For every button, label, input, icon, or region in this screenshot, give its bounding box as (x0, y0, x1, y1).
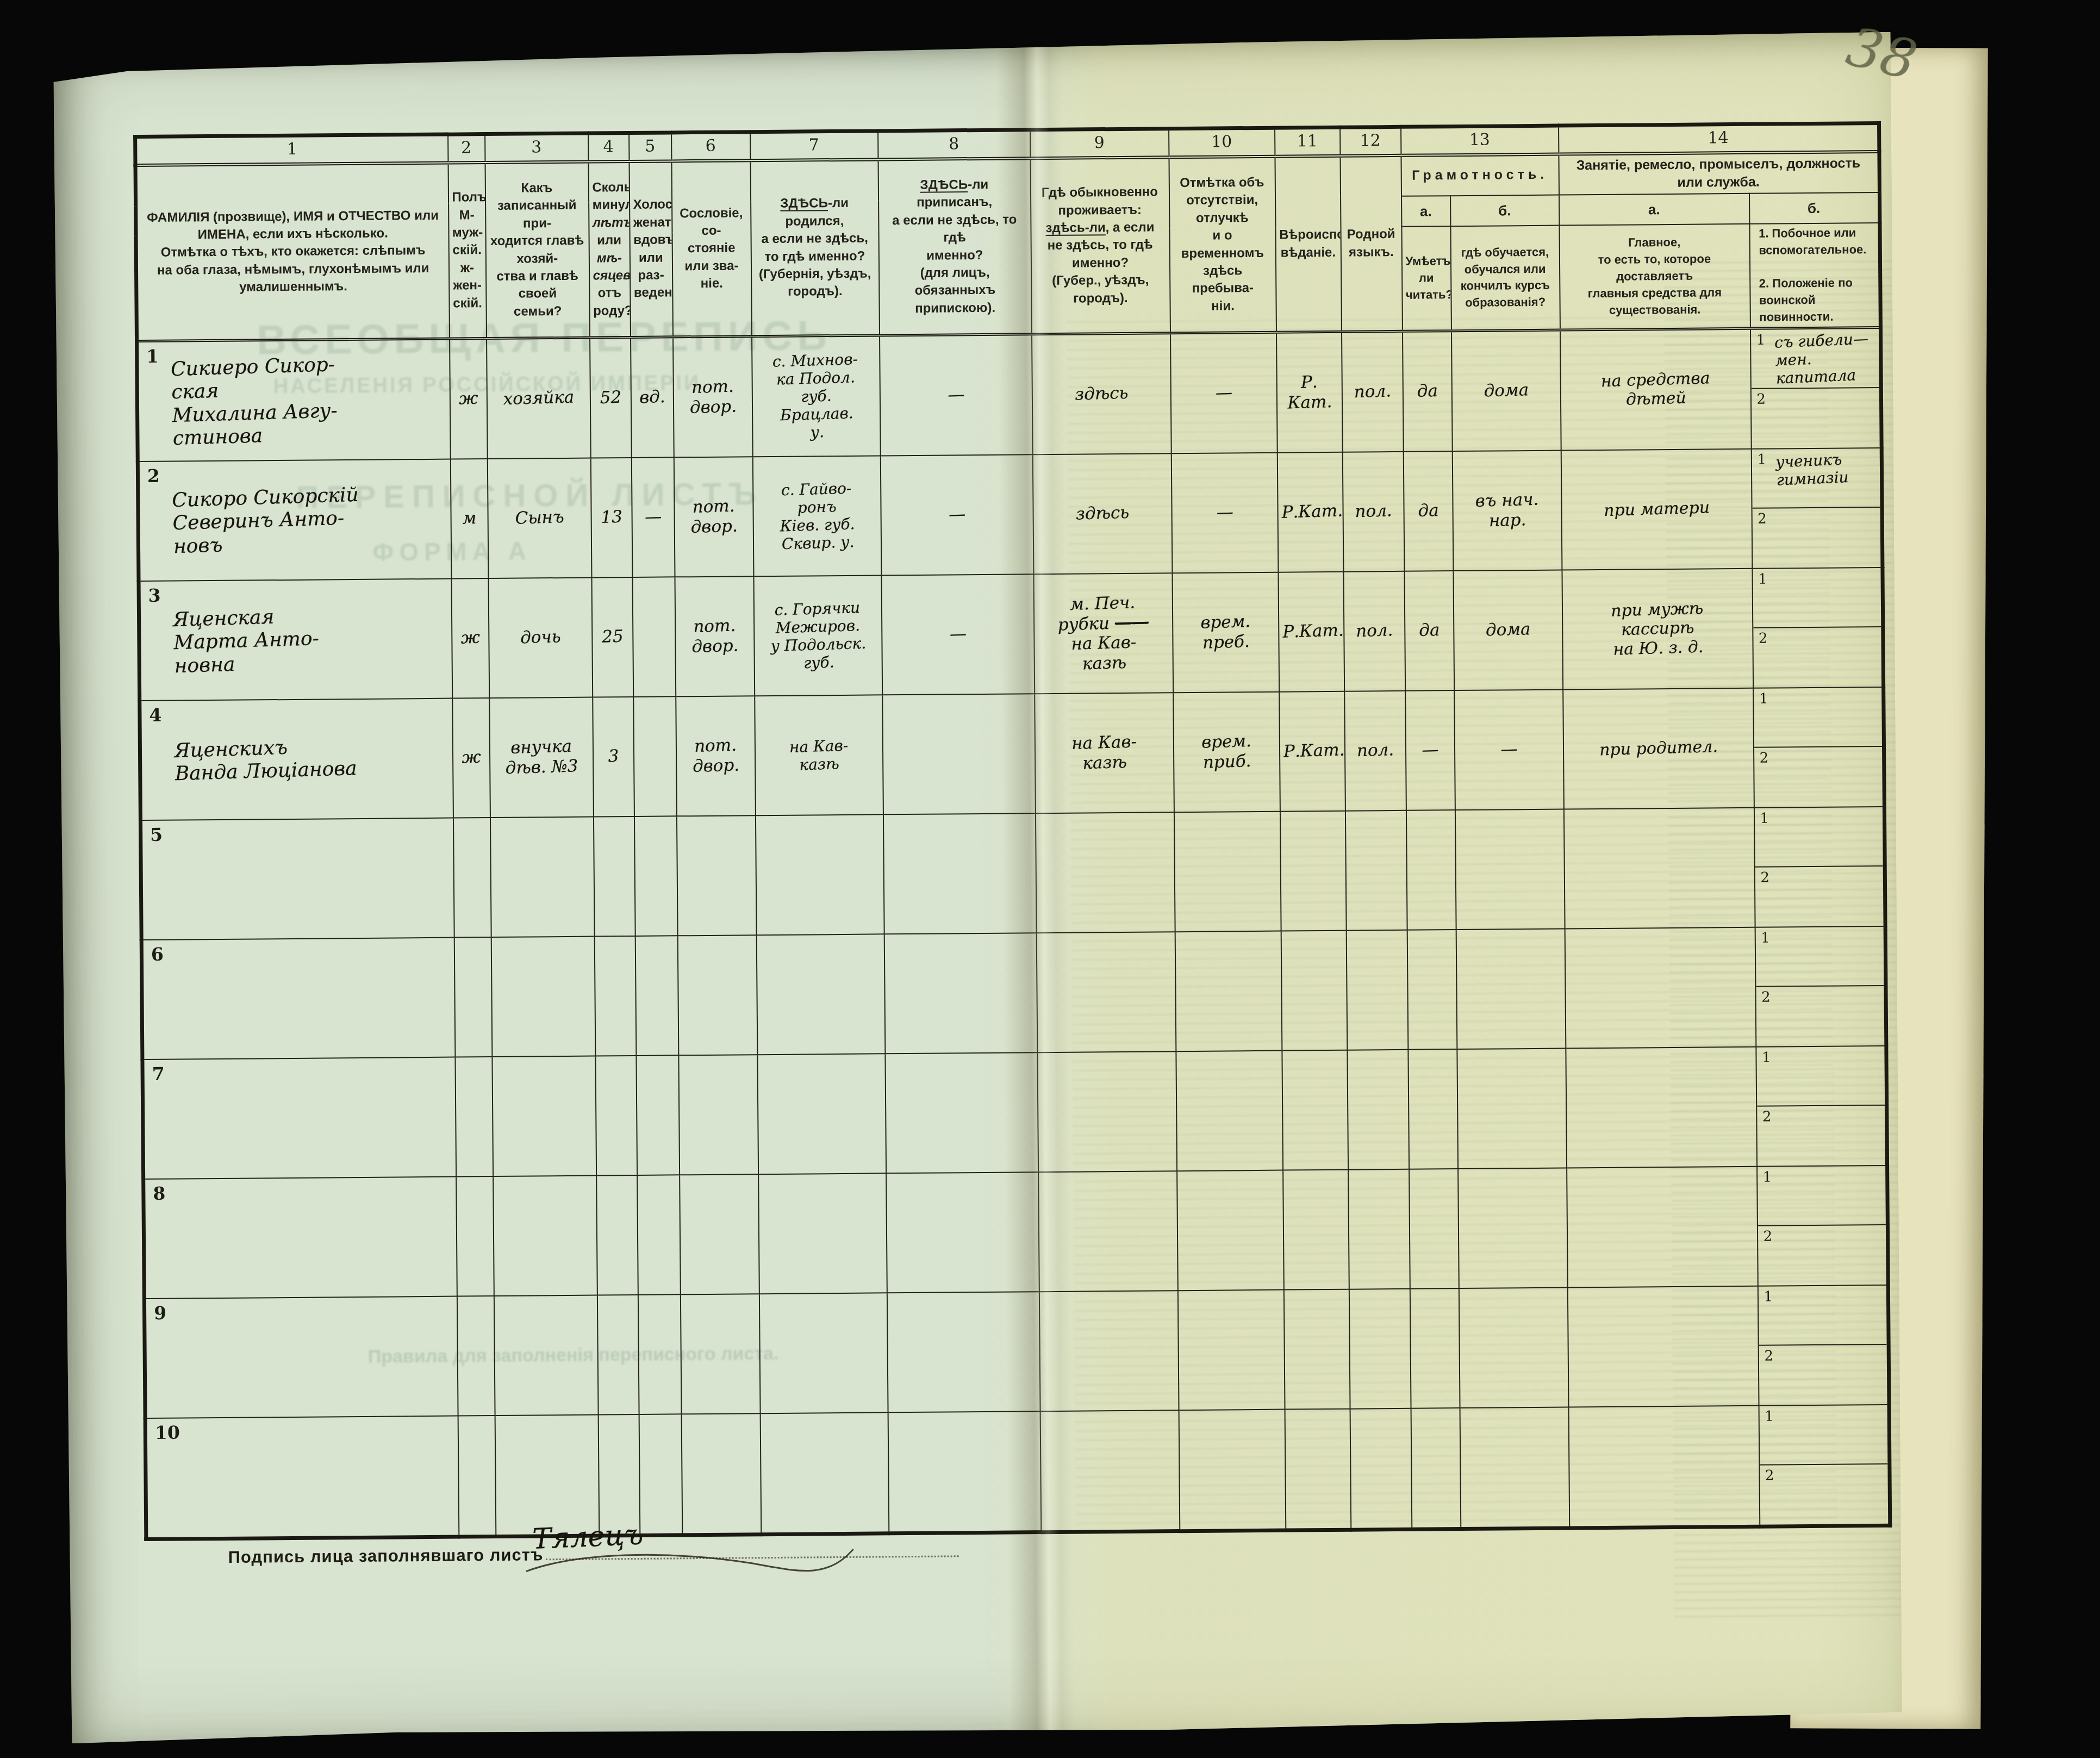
handwritten-entry (602, 1474, 635, 1475)
occupation-b-subrow-1: 1 (1754, 688, 1882, 748)
handwritten-entry (1459, 868, 1560, 871)
handwritten-entry (1569, 985, 1752, 990)
cell-language: пол. (1344, 691, 1406, 811)
handwritten-entry (641, 1234, 676, 1235)
cell-lit-b (1458, 1168, 1568, 1288)
cell-name: 4Яценскихъ Ванда Люціанова (140, 698, 453, 820)
col-number-4: 4 (588, 133, 629, 162)
handwritten-entry: пот. двор. (677, 496, 750, 538)
handwritten-entry (1285, 989, 1343, 991)
cell-lit-b (1456, 928, 1566, 1049)
cell-lit-a: — (1405, 690, 1455, 811)
handwritten-entry: при родител. (1567, 736, 1750, 761)
cell-occ-b: 12 (1754, 807, 1885, 927)
page-fold-shadow (996, 39, 1075, 1736)
handwritten-entry: 52 (594, 388, 627, 408)
cell-age (595, 1056, 637, 1176)
handwritten-entry (1462, 1226, 1563, 1230)
handwritten-entry: внучка дѣв. №3 (493, 736, 590, 778)
handwritten-entry: пол. (1347, 501, 1400, 522)
handwritten-entry (638, 875, 673, 876)
col-number-14: 14 (1559, 123, 1879, 154)
cell-born: с. Михнов- ка Подол. губ. Брацлав. у. (752, 335, 881, 457)
handwritten-entry: врем. приб. (1176, 731, 1276, 774)
col-header-language: Родной языкъ. (1340, 155, 1403, 332)
handwritten-entry (683, 1114, 754, 1116)
handwritten-entry (637, 636, 671, 637)
cell-name: 10 (145, 1416, 459, 1539)
handwritten-entry (643, 1473, 678, 1474)
handwritten-entry: пол. (1348, 740, 1402, 762)
handwritten-entry (457, 877, 487, 878)
subrow-number: 2 (1764, 1348, 1773, 1364)
cell-occ-a (1566, 1047, 1757, 1168)
col-header-sex: Полъ. М-муж- скій. ж-жен- скій. (448, 163, 487, 339)
cell-marital (635, 936, 678, 1056)
handwritten-entry (1778, 688, 1877, 693)
subrow-number: 2 (1760, 869, 1769, 886)
handwritten-entry (1289, 1468, 1347, 1469)
subrow-number: 2 (1756, 391, 1766, 407)
cell-sex (455, 1057, 493, 1177)
cell-language (1350, 1408, 1412, 1530)
cell-born (760, 1412, 889, 1534)
col-number-1: 1 (135, 134, 448, 165)
subrow-number: 1 (1763, 1288, 1773, 1305)
handwritten-entry (1571, 1224, 1754, 1230)
cell-absence: врем. преб. (1172, 572, 1279, 693)
cell-occ-a (1565, 927, 1756, 1049)
occupation-b-subrow-1: 1ученикъ гимназіи (1752, 448, 1880, 509)
cell-language: пол. (1341, 331, 1403, 452)
cell-occ-b: 12 (1758, 1285, 1889, 1406)
cell-lit-a (1409, 1169, 1459, 1289)
cell-estate (680, 1174, 759, 1294)
cell-born (759, 1293, 888, 1413)
cell-sex: м (450, 459, 488, 579)
cell-estate (681, 1413, 761, 1535)
cell-lit-b (1457, 1048, 1567, 1169)
cell-occ-a (1567, 1286, 1759, 1407)
cell-sex: ж (452, 698, 490, 818)
cell-sex: ж (450, 338, 488, 459)
occupation-b-subrow-2: 2 (1755, 866, 1883, 927)
row-number: 5 (150, 824, 163, 845)
cell-language (1348, 1169, 1410, 1289)
handwritten-entry (1777, 569, 1876, 573)
cell-relation: дочь (488, 577, 593, 697)
subrow-number: 2 (1758, 510, 1767, 527)
row-number: 8 (153, 1183, 165, 1204)
cell-language (1347, 1050, 1409, 1170)
handwritten-entry (764, 1471, 884, 1475)
cell-estate: пот. двор. (675, 576, 755, 696)
handwritten-entry (1178, 870, 1276, 873)
cell-born (755, 814, 884, 935)
handwritten-entry (1784, 1465, 1883, 1469)
handwritten-entry (1782, 1226, 1881, 1230)
handwritten-entry (1570, 1105, 1753, 1110)
handwritten-entry (639, 995, 674, 996)
handwritten-entry (1288, 1348, 1345, 1350)
handwritten-entry: ж (455, 628, 485, 649)
cell-occ-a (1563, 808, 1755, 929)
cell-language: пол. (1343, 571, 1405, 691)
handwritten-entry (1349, 870, 1403, 871)
cell-occ-b: 1съ гибели— мен. капитала2 (1750, 327, 1881, 448)
handwritten-name: Сикиеро Сикор- ская Михалина Авгу- стино… (170, 350, 443, 451)
handwritten-entry (1463, 1346, 1564, 1349)
handwritten-entry (1350, 989, 1404, 991)
occupation-b-subrow-1: 1съ гибели— мен. капитала (1750, 329, 1879, 389)
handwritten-entry (1572, 1344, 1754, 1349)
cell-lit-b: — (1454, 689, 1564, 810)
handwritten-entry: врем. преб. (1176, 611, 1275, 654)
cell-religion (1285, 1408, 1351, 1530)
col-number-6: 6 (671, 132, 750, 161)
handwritten-entry (1413, 1228, 1454, 1229)
col-header-relation: Какъ записанный при- ходится главѣ хозяй… (485, 161, 590, 338)
handwritten-entry: ж (456, 747, 486, 768)
handwritten-entry: м (454, 508, 484, 529)
handwritten-entry: дома (1455, 379, 1557, 402)
cell-sex (458, 1416, 496, 1537)
cell-name: 2Сикоро Сикорскій Северинъ Анто- новъ (138, 459, 451, 581)
occupation-b-subrow-2: 2 (1758, 1225, 1886, 1286)
handwritten-entry (681, 875, 752, 877)
cell-lit-b: дома (1453, 570, 1563, 690)
cell-relation: Сынъ (487, 458, 591, 578)
handwritten-entry (1412, 1108, 1454, 1109)
handwritten-entry (1182, 1348, 1280, 1351)
cell-relation: хозяйка (487, 338, 591, 459)
handwritten-name (179, 1353, 449, 1361)
cell-absence (1175, 931, 1282, 1051)
cell-estate (678, 1055, 758, 1175)
occupation-b-subrow-2: 2 (1752, 508, 1880, 568)
handwritten-entry (1779, 808, 1878, 812)
handwritten-entry: вд. (634, 387, 670, 408)
cell-estate (677, 935, 757, 1055)
handwritten-entry (1351, 1109, 1405, 1111)
handwritten-entry: при мужѣ кассирѣ на Ю. з. д. (1565, 597, 1749, 660)
cell-age: 25 (591, 577, 633, 697)
cell-absence: — (1170, 332, 1277, 453)
handwritten-entry: пот. двор. (679, 735, 751, 777)
handwritten-entry (1287, 1229, 1344, 1230)
handwritten-entry (1775, 389, 1874, 393)
cell-relation (491, 936, 595, 1056)
cell-lit-a (1406, 810, 1456, 930)
handwritten-entry (1286, 1109, 1344, 1111)
literacy-a-letter: а. (1401, 196, 1450, 227)
signature-label: Подпись лица заполнявшаго листъ (228, 1545, 543, 1567)
handwritten-entry: 3 (596, 746, 630, 767)
cell-religion (1281, 930, 1347, 1050)
literacy-b-header: гдѣ обучается, обучался или кончилъ курс… (1450, 226, 1560, 331)
cell-occ-b: 12 (1756, 1046, 1887, 1167)
handwritten-entry (1781, 1106, 1880, 1111)
occupation-b-subrow-2: 2 (1754, 747, 1883, 807)
handwritten-entry (1777, 628, 1877, 632)
handwritten-entry: с. Михнов- ка Подол. губ. Брацлав. у. (755, 350, 877, 443)
handwritten-entry: съ гибели— мен. капитала (1774, 329, 1876, 388)
cell-lit-b: въ нач. нар. (1452, 450, 1562, 571)
cell-estate: пот. двор. (676, 696, 756, 816)
handwritten-entry (1782, 1286, 1881, 1291)
cell-marital (632, 577, 676, 697)
cell-lit-a (1410, 1288, 1460, 1408)
row-number: 10 (155, 1422, 180, 1443)
subrow-number: 1 (1757, 451, 1766, 467)
subrow-number: 2 (1765, 1467, 1774, 1483)
subrow-number: 1 (1756, 332, 1766, 348)
cell-language (1349, 1289, 1411, 1409)
handwritten-entry (1179, 989, 1278, 993)
handwritten-entry (1460, 987, 1561, 990)
handwritten-entry (684, 1233, 755, 1236)
handwritten-entry: с. Гайво- ронъ Кіев. губ. Сквир. у. (756, 478, 878, 554)
cell-marital (634, 816, 677, 936)
cell-occ-a (1568, 1406, 1760, 1528)
col-header-estate: Сословіе, со- стояніе или зва- ніе. (671, 160, 752, 337)
cell-lit-a (1407, 930, 1457, 1050)
handwritten-entry (599, 995, 632, 996)
cell-estate (680, 1294, 760, 1414)
cell-name: 7 (142, 1057, 456, 1179)
occupation-b-subrow-1: 1 (1758, 1166, 1886, 1226)
handwritten-entry: — (635, 507, 671, 528)
handwritten-entry: 13 (595, 507, 628, 528)
col-number-2: 2 (448, 134, 485, 163)
cell-absence (1179, 1409, 1286, 1531)
handwritten-entry: Р. Кат. (1280, 372, 1338, 413)
handwritten-entry: пот. двор. (676, 376, 749, 418)
cell-lit-a: да (1402, 331, 1452, 451)
occupation-b-subrow-1: 1 (1753, 568, 1881, 628)
census-form-page: ВСЕОБЩАЯ ПЕРЕПИСЬ НАСЕЛЕНІЯ РОССІЙСКОЙ И… (53, 32, 1904, 1743)
handwritten-entry (461, 1355, 490, 1356)
cell-occ-a: при мужѣ кассирѣ на Ю. з. д. (1562, 569, 1753, 690)
cell-born: на Кав- казѣ (755, 695, 883, 815)
cell-language: пол. (1342, 452, 1404, 572)
handwritten-entry (597, 876, 631, 877)
occupation-b-subrow-2: 2 (1753, 627, 1881, 688)
handwritten-entry (763, 1351, 883, 1355)
handwritten-entry: Сынъ (491, 507, 588, 529)
cell-occ-b: 12 (1753, 687, 1885, 808)
literacy-a-header: Умѣетъ- ли читать? (1401, 226, 1451, 331)
cell-age (596, 1175, 638, 1295)
cell-lit-a (1408, 1049, 1458, 1169)
cell-absence (1176, 1050, 1283, 1171)
handwritten-entry (1180, 1109, 1279, 1112)
col-number-3: 3 (485, 133, 588, 162)
cell-age: 3 (593, 697, 634, 817)
handwritten-entry (1568, 865, 1750, 871)
cell-age: 13 (590, 458, 632, 578)
handwritten-name: Сикоро Сикорскій Северинъ Анто- новъ (172, 481, 444, 559)
handwritten-entry (638, 756, 672, 757)
cell-sex: ж (451, 578, 489, 699)
subrow-number: 1 (1761, 930, 1770, 946)
col-header-occupation-group: Занятіе, ремесло, промыселъ, должность и… (1559, 151, 1880, 195)
cell-absence: врем. приб. (1173, 691, 1280, 812)
subrow-number: 1 (1759, 690, 1768, 707)
handwritten-entry (498, 1354, 594, 1356)
handwritten-entry: пол. (1347, 620, 1401, 642)
col-header-marital-status: Холостъ, женатъ, вдовъ или раз- веденъ. (629, 161, 673, 337)
cell-marital: вд. (631, 337, 674, 458)
cell-lit-b (1459, 1287, 1568, 1408)
cell-religion: Р.Кат. (1278, 571, 1344, 691)
occupation-b-subrow-1: 1 (1755, 927, 1884, 987)
cell-religion (1283, 1289, 1350, 1409)
occupation-b-subrow-2: 2 (1760, 1464, 1888, 1525)
handwritten-entry (686, 1473, 757, 1475)
handwritten-entry (1780, 987, 1879, 991)
cell-age (593, 816, 635, 937)
handwritten-entry (1779, 927, 1879, 932)
handwritten-entry (1352, 1229, 1405, 1230)
handwritten-entry (499, 1473, 595, 1476)
cell-language (1345, 811, 1407, 931)
col-number-12: 12 (1340, 127, 1401, 155)
handwritten-entry (759, 873, 880, 877)
col-number-7: 7 (750, 131, 878, 160)
subrow-number: 2 (1760, 750, 1769, 766)
subrow-number: 1 (1760, 810, 1769, 826)
handwritten-entry: пот. двор. (678, 615, 751, 657)
col-header-birthplace: ЗДѢСЬ-ли родился, а если не здѣсь, то гд… (750, 159, 880, 336)
handwritten-entry (495, 995, 591, 998)
cell-marital (637, 1175, 681, 1295)
cell-lit-a (1411, 1408, 1461, 1529)
handwritten-entry (494, 875, 590, 878)
handwritten-entry (1779, 867, 1878, 871)
cell-occ-b: 12 (1752, 568, 1884, 688)
row-number: 7 (152, 1063, 164, 1084)
row-number: 6 (151, 944, 164, 965)
handwritten-entry (762, 1112, 882, 1116)
handwritten-entry: дочь (492, 626, 588, 649)
cell-relation: внучка дѣв. №3 (489, 697, 594, 817)
handwritten-entry (460, 1236, 490, 1237)
occupation-b-subrow-2: 2 (1757, 1106, 1885, 1166)
handwritten-entry (1415, 1467, 1456, 1468)
handwritten-entry: пол. (1345, 381, 1399, 403)
occupation-b-subrow-2: 2 (1759, 1345, 1887, 1405)
cell-born: с. Гайво- ронъ Кіев. губ. Сквир. у. (752, 456, 881, 576)
col-number-10: 10 (1169, 128, 1275, 157)
handwritten-entry: да (1406, 381, 1448, 402)
subrow-number: 1 (1763, 1169, 1772, 1185)
handwritten-entry: — (1175, 501, 1274, 524)
cell-occ-a: на средства дѣтей (1560, 328, 1751, 450)
cell-born (756, 934, 885, 1055)
cell-relation (495, 1414, 599, 1536)
handwritten-entry: Р.Кат. (1281, 501, 1339, 523)
handwritten-entry: да (1408, 620, 1450, 641)
cell-lit-b (1460, 1407, 1569, 1529)
occupation-b-letter: б. (1749, 192, 1880, 224)
handwritten-name (176, 875, 445, 883)
handwritten-entry: при матери (1565, 497, 1748, 522)
cell-lit-b (1455, 809, 1565, 930)
cell-estate: пот. двор. (674, 457, 753, 577)
cell-age (598, 1414, 640, 1536)
handwritten-entry (1781, 1167, 1881, 1171)
handwritten-entry (458, 996, 488, 998)
handwritten-entry (1414, 1348, 1455, 1349)
signature-row: Подпись лица заполнявшаго листъ Тялецъ (228, 1540, 1044, 1628)
cell-born (758, 1173, 887, 1294)
cell-born: с. Горячки Межиров. у Подольск. губ. (753, 575, 882, 696)
cell-religion (1283, 1169, 1349, 1289)
handwritten-entry: Р.Кат. (1282, 621, 1340, 643)
cell-occ-b: 12 (1759, 1405, 1890, 1526)
col-number-5: 5 (629, 133, 671, 161)
handwritten-entry (1181, 1229, 1280, 1232)
occupation-a-letter: а. (1559, 194, 1749, 226)
cell-born (757, 1053, 886, 1174)
col-header-age: Сколько минуло лѣтъ или мѣ- сяцевъ отъ р… (588, 161, 631, 338)
cell-occ-a (1567, 1167, 1758, 1288)
cell-marital (636, 1055, 680, 1175)
subrow-number: 2 (1763, 1228, 1772, 1244)
occupation-b-subrow-2: 2 (1751, 388, 1879, 448)
literacy-b-letter: б. (1450, 195, 1559, 227)
cell-lit-a: да (1403, 451, 1453, 571)
handwritten-entry (763, 1232, 883, 1236)
cell-language (1346, 930, 1408, 1050)
cell-relation (490, 816, 594, 937)
cell-absence (1174, 811, 1281, 932)
cell-sex (453, 818, 491, 938)
cell-age (597, 1295, 639, 1415)
handwritten-entry (462, 1475, 491, 1476)
photo-background: ВСЕОБЩАЯ ПЕРЕПИСЬ НАСЕЛЕНІЯ РОССІЙСКОЙ И… (0, 0, 2100, 1758)
handwritten-entry (1354, 1468, 1407, 1469)
cell-name: 6 (141, 937, 455, 1059)
occupation-b-header: 1. Побочное или вспомогательное. 2. Поло… (1749, 223, 1881, 328)
row-number: 2 (147, 465, 160, 487)
cell-occ-a: при матери (1561, 449, 1752, 570)
handwritten-entry (1353, 1348, 1406, 1350)
handwritten-entry (1573, 1463, 1755, 1469)
cell-name: 3Яценская Марта Анто- новна (139, 578, 452, 701)
cell-marital (638, 1294, 681, 1414)
cell-marital: — (631, 457, 675, 577)
col-header-literacy-group: Грамотность. (1401, 154, 1559, 196)
handwritten-entry (1776, 508, 1875, 513)
handwritten-entry (459, 1116, 489, 1117)
handwritten-entry (642, 1354, 677, 1355)
cell-occ-b: 1ученикъ гимназіи2 (1751, 448, 1883, 569)
cell-sex (457, 1296, 495, 1416)
occupation-b-subrow-1: 1 (1756, 1046, 1885, 1107)
subrow-number: 2 (1762, 1108, 1772, 1125)
occupation-b-subrow-1: 1 (1759, 1405, 1887, 1466)
handwritten-entry: дома (1457, 619, 1559, 641)
cell-absence (1177, 1289, 1285, 1410)
signature-flourish (521, 1531, 870, 1593)
occupation-b-subrow-1: 1 (1754, 807, 1883, 868)
handwritten-entry (684, 1353, 756, 1355)
handwritten-entry (1464, 1466, 1565, 1469)
subrow-number: 2 (1761, 989, 1771, 1005)
cell-sex (454, 937, 492, 1057)
